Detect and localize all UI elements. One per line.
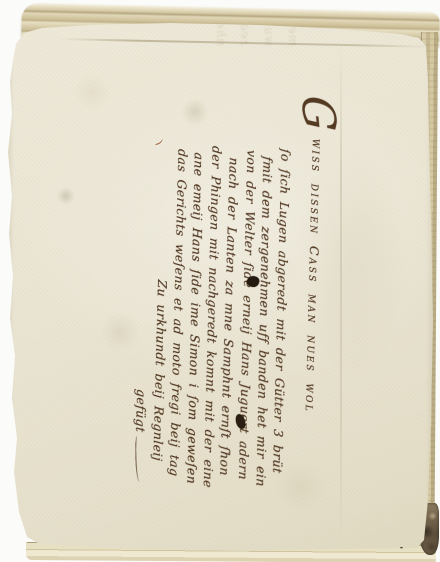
closing-line: gefügt xyxy=(131,388,150,460)
flourished-initial: G xyxy=(299,95,337,131)
heading-line: G wiſs diſſen Caſs man nues wol xyxy=(285,91,333,464)
manuscript-photo: mehgen dcs hlath zena wurd fargel den fi… xyxy=(0,0,440,562)
manuscript-page: mehgen dcs hlath zena wurd fargel den fi… xyxy=(0,0,440,562)
heading-text: wiſs diſſen Caſs man nues wol xyxy=(303,139,325,414)
underline-swash xyxy=(135,436,142,483)
